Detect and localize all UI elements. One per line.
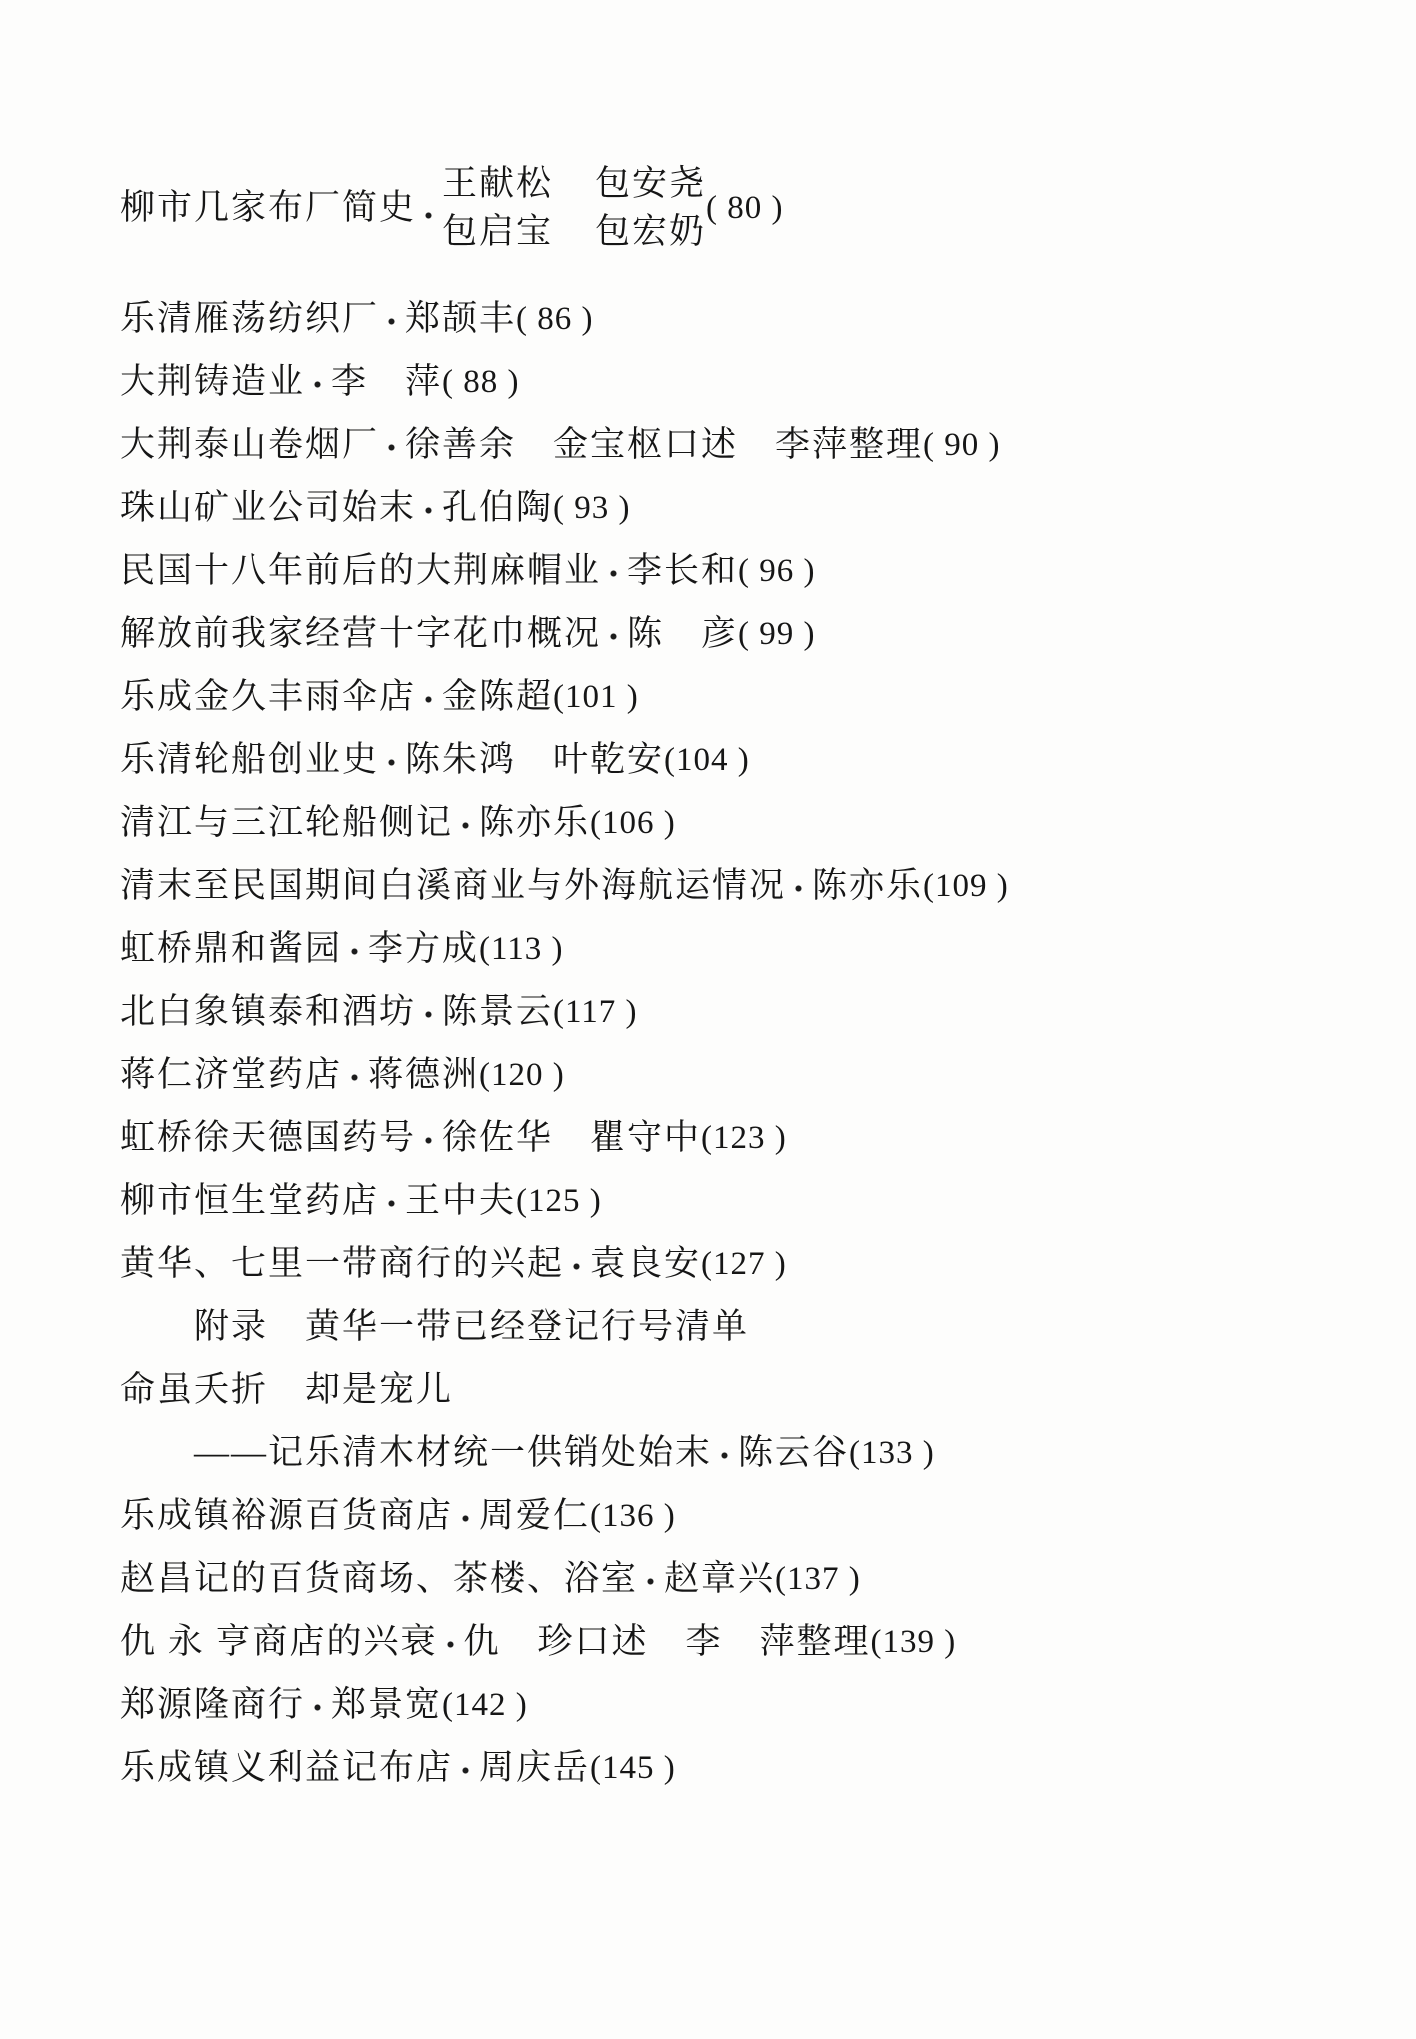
toc-entry-title: 乐成金久丰雨伞店: [120, 674, 416, 720]
toc-entry-authors: 王中夫: [405, 1178, 516, 1224]
toc-entry-title: 珠山矿业公司始末: [120, 485, 416, 531]
toc-entry: 赵昌记的百货商场、茶楼、浴室 赵章兴 (137 ): [120, 1556, 1312, 1602]
toc-entry-title: 乐成镇义利益记布店: [120, 1745, 453, 1791]
toc-entry-authors: 李方成: [368, 926, 479, 972]
toc-entry-title: 黄华、七里一带商行的兴起: [120, 1241, 564, 1287]
dot-leader: [457, 1493, 475, 1539]
dot-leader: [420, 674, 438, 720]
dot-leader: [442, 1619, 460, 1665]
toc-entry-title: 大荆铸造业: [120, 359, 305, 405]
toc-entry-title: 命虽夭折 却是宠儿: [120, 1367, 453, 1413]
toc-appendix-note: 附录 黄华一带已经登记行号清单: [120, 1304, 1312, 1350]
toc-entry: 虹桥鼎和酱园 李方成 (113 ): [120, 926, 1312, 972]
dot-leader: [605, 548, 623, 594]
toc-entry-page: (117 ): [553, 989, 638, 1035]
toc-entry: 乐清雁荡纺织厂 郑颉丰 ( 86 ): [120, 296, 1312, 342]
toc-entry-authors: 仇 珍口述 李 萍整理: [464, 1619, 871, 1665]
toc-entry-authors: 李长和: [627, 548, 738, 594]
toc-entry: 虹桥徐天德国药号 徐佐华 瞿守中 (123 ): [120, 1115, 1312, 1161]
toc-entry-page: (145 ): [590, 1745, 676, 1791]
author-name: 包安尧: [595, 162, 706, 206]
toc-entry: 柳市几家布厂简史 王献松 包安尧 包启宝 包宏奶 ( 80 ): [120, 162, 1312, 254]
scanned-toc-page: 柳市几家布厂简史 王献松 包安尧 包启宝 包宏奶 ( 80 ) 乐清雁荡纺织厂 …: [0, 0, 1416, 2039]
toc-entry-authors: 郑颉丰: [405, 296, 516, 342]
toc-entry-title: 清江与三江轮船侧记: [120, 800, 453, 846]
toc-entry: 珠山矿业公司始末 孔伯陶 ( 93 ): [120, 485, 1312, 531]
toc-entry: 仇 永 亨商店的兴衰 仇 珍口述 李 萍整理 (139 ): [120, 1619, 1312, 1665]
toc-entry-authors: 郑景宽: [331, 1682, 442, 1728]
toc-entry-authors: 李 萍: [331, 359, 442, 405]
toc-entry-page: ( 86 ): [516, 296, 593, 342]
dot-leader: [383, 422, 401, 468]
toc-entry-page: (127 ): [701, 1241, 787, 1287]
toc-entry-authors: 金陈超: [442, 674, 553, 720]
dot-leader: [642, 1556, 660, 1602]
dot-leader: [383, 737, 401, 783]
toc-entry-page: ( 96 ): [738, 548, 815, 594]
toc-entry: 大荆泰山卷烟厂 徐善余 金宝枢口述 李萍整理 ( 90 ): [120, 422, 1312, 468]
toc-entry-page: (137 ): [775, 1556, 861, 1602]
toc-entry-authors: 蒋德洲: [368, 1052, 479, 1098]
toc-entry-authors: 周爱仁: [479, 1493, 590, 1539]
toc-entry: 北白象镇泰和酒坊 陈景云 (117 ): [120, 989, 1312, 1035]
toc-entry-authors: 陈景云: [442, 989, 553, 1035]
toc-entry: ——记乐清木材统一供销处始末 陈云谷 (133 ): [120, 1430, 1312, 1476]
toc-entry: 蒋仁济堂药店 蒋德洲 (120 ): [120, 1052, 1312, 1098]
toc-entry-title: 清末至民国期间白溪商业与外海航运情况: [120, 863, 786, 909]
toc-entry-title: ——记乐清木材统一供销处始末: [194, 1430, 712, 1476]
toc-entry-title: 民国十八年前后的大荆麻帽业: [120, 548, 601, 594]
toc-entry: 乐成金久丰雨伞店 金陈超 (101 ): [120, 674, 1312, 720]
toc-entry-page: (142 ): [442, 1682, 528, 1728]
dot-leader: [346, 1052, 364, 1098]
toc-entry-authors: 陈亦乐: [479, 800, 590, 846]
toc-entry-authors: 徐佐华 瞿守中: [442, 1115, 701, 1161]
toc-entry: 清江与三江轮船侧记 陈亦乐 (106 ): [120, 800, 1312, 846]
toc-entry-title: 北白象镇泰和酒坊: [120, 989, 416, 1035]
toc-entry: 黄华、七里一带商行的兴起 袁良安 (127 ): [120, 1241, 1312, 1287]
toc-entry-page: (133 ): [849, 1430, 935, 1476]
toc-entry-page: (139 ): [871, 1619, 957, 1665]
toc-entry-authors: 周庆岳: [479, 1745, 590, 1791]
toc-entry-authors: 赵章兴: [664, 1556, 775, 1602]
toc-entry-title: 大荆泰山卷烟厂: [120, 422, 379, 468]
dot-leader: [420, 989, 438, 1035]
dot-leader: [605, 611, 623, 657]
toc-entry-page: ( 99 ): [738, 611, 815, 657]
toc-entry-authors: 陈朱鸿 叶乾安: [405, 737, 664, 783]
toc-entry-title: 柳市几家布厂简史: [120, 185, 416, 231]
toc-entry-page: (101 ): [553, 674, 639, 720]
toc-entry: 乐清轮船创业史 陈朱鸿 叶乾安 (104 ): [120, 737, 1312, 783]
dot-leader: [457, 800, 475, 846]
toc-entry-title: 乐清雁荡纺织厂: [120, 296, 379, 342]
dot-leader: [309, 1682, 327, 1728]
dot-leader: [420, 185, 438, 231]
toc-entry-page: (104 ): [664, 737, 750, 783]
toc-entry-title: 乐清轮船创业史: [120, 737, 379, 783]
toc-entry-page: (106 ): [590, 800, 676, 846]
toc-entry-page: (136 ): [590, 1493, 676, 1539]
toc-entry-page: ( 90 ): [923, 422, 1000, 468]
toc-entry-authors: 王献松 包安尧 包启宝 包宏奶: [442, 162, 706, 254]
toc-entry-page: ( 93 ): [553, 485, 630, 531]
toc-entry-authors: 袁良安: [590, 1241, 701, 1287]
toc-entry-title: 附录 黄华一带已经登记行号清单: [194, 1304, 749, 1350]
dot-leader: [383, 1178, 401, 1224]
toc-entry-title: 乐成镇裕源百货商店: [120, 1493, 453, 1539]
dot-leader: [420, 1115, 438, 1161]
dot-leader: [383, 296, 401, 342]
author-name: 王献松: [442, 162, 553, 206]
toc-entry-page: (125 ): [516, 1178, 602, 1224]
dot-leader: [346, 926, 364, 972]
toc-entry-page: (120 ): [479, 1052, 565, 1098]
dot-leader: [420, 485, 438, 531]
dot-leader: [568, 1241, 586, 1287]
toc-entry-page: ( 80 ): [706, 185, 783, 231]
toc-entry: 民国十八年前后的大荆麻帽业 李长和 ( 96 ): [120, 548, 1312, 594]
toc-entry-page: (113 ): [479, 926, 564, 972]
toc-entry-title: 虹桥鼎和酱园: [120, 926, 342, 972]
toc-entry-authors: 陈亦乐: [812, 863, 923, 909]
toc-entry-page: (123 ): [701, 1115, 787, 1161]
author-name: 包启宝: [442, 210, 553, 254]
toc-entry-title: 虹桥徐天德国药号: [120, 1115, 416, 1161]
toc-entry-title: 仇 永 亨商店的兴衰: [120, 1619, 438, 1665]
toc-entry-title: 蒋仁济堂药店: [120, 1052, 342, 1098]
toc-entry: 乐成镇义利益记布店 周庆岳 (145 ): [120, 1745, 1312, 1791]
toc-entry: 解放前我家经营十字花巾概况 陈 彦 ( 99 ): [120, 611, 1312, 657]
toc-entry-title: 郑源隆商行: [120, 1682, 305, 1728]
toc-entry: 大荆铸造业 李 萍 ( 88 ): [120, 359, 1312, 405]
toc-entry-page: (109 ): [923, 863, 1009, 909]
toc-entry: 乐成镇裕源百货商店 周爱仁 (136 ): [120, 1493, 1312, 1539]
toc-entry-title: 柳市恒生堂药店: [120, 1178, 379, 1224]
dot-leader: [309, 359, 327, 405]
toc-entry-authors: 徐善余 金宝枢口述 李萍整理: [405, 422, 923, 468]
dot-leader: [457, 1745, 475, 1791]
dot-leader: [716, 1430, 734, 1476]
toc-entry: 清末至民国期间白溪商业与外海航运情况 陈亦乐 (109 ): [120, 863, 1312, 909]
dot-leader: [790, 863, 808, 909]
toc-entry-authors: 陈 彦: [627, 611, 738, 657]
toc-entry-authors: 孔伯陶: [442, 485, 553, 531]
toc-entry-page: ( 88 ): [442, 359, 519, 405]
toc-section-heading: 命虽夭折 却是宠儿: [120, 1367, 1312, 1413]
toc-entry-title: 赵昌记的百货商场、茶楼、浴室: [120, 1556, 638, 1602]
toc-entry-authors: 陈云谷: [738, 1430, 849, 1476]
author-name: 包宏奶: [595, 210, 706, 254]
toc-entry-title: 解放前我家经营十字花巾概况: [120, 611, 601, 657]
toc-entry: 郑源隆商行 郑景宽 (142 ): [120, 1682, 1312, 1728]
toc-entry: 柳市恒生堂药店 王中夫 (125 ): [120, 1178, 1312, 1224]
